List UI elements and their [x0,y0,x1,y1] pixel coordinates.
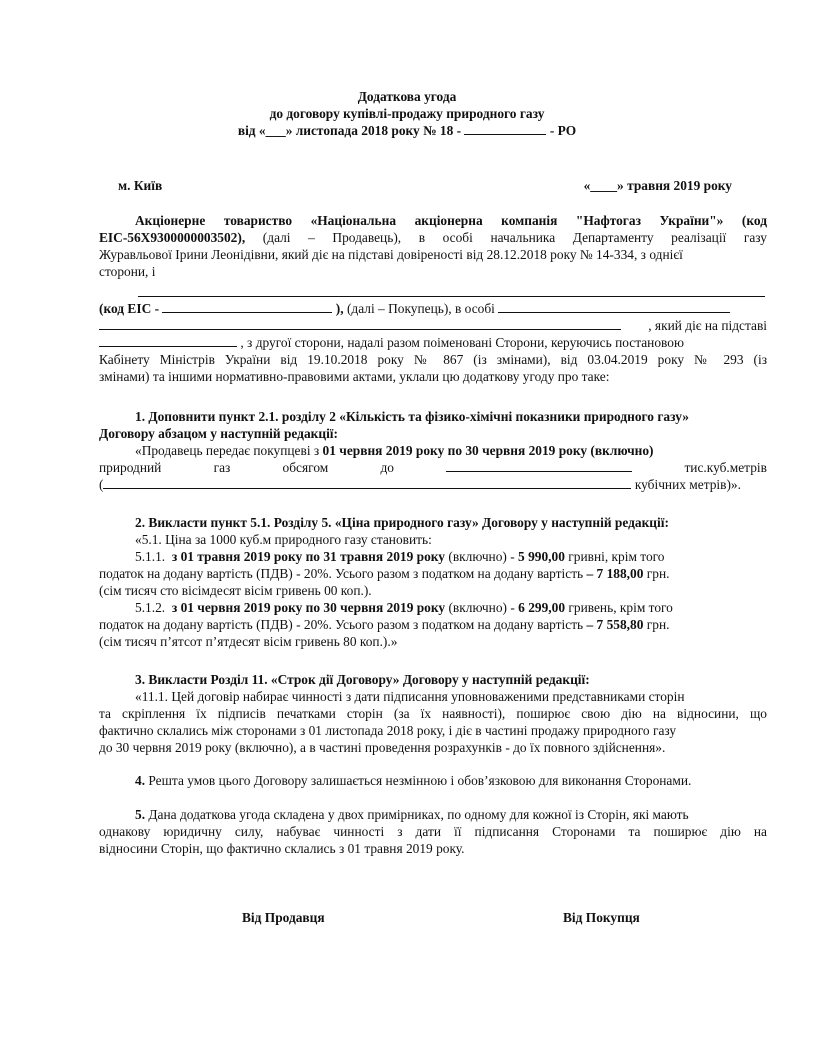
section-5-line-1: 5. Дана додаткова угода складена у двох … [135,806,689,823]
document-title: Додаткова угода [0,88,814,105]
price-item-1: 5.1.1. з 01 травня 2019 року по 31 травн… [135,548,767,565]
document-page: Додаткова угода до договору купівлі-прод… [0,0,814,1060]
seller-line-3: Журавльової Ірини Леонідівни, який діє н… [99,246,683,263]
section-1-para-2: природний газ обсягом до тис.куб.метрів [99,459,767,476]
section-3-line-3: фактично склались між сторонами з 01 лис… [99,722,676,739]
buyer-line-3: , з другої сторони, надалі разом поімено… [99,334,767,351]
buyer-authority-blank [99,334,237,347]
buyer-name-blank [138,296,765,297]
buyer-line-5: змінами) та іншими нормативно-правовими … [99,368,609,385]
reference-number-blank [464,122,546,135]
contract-reference: від «___» листопада 2018 року № 18 - - Р… [0,122,814,139]
section-5-line-3: відносини Сторін, що фактично склались з… [99,840,465,857]
buyer-line-1: (код ЕІС - ), (далі – Покупець), в особі [99,300,767,317]
seller-signature-label: Від Продавця [242,909,325,926]
section-4: 4. Решта умов цього Договору залишається… [135,772,691,789]
section-1-heading: 1. Доповнити пункт 2.1. розділу 2 «Кільк… [135,408,689,425]
section-3-line-1: «11.1. Цей договір набирає чинності з да… [135,688,684,705]
reference-prefix: від «___» листопада 2018 року № 18 - [238,123,461,138]
buyer-representative-blank [498,300,730,313]
section-3-line-4: до 30 червня 2019 року (включно), а в ча… [99,739,665,756]
section-1-para-3: ( кубічних метрів)». [99,476,767,493]
price-item-2-words: (сім тисяч п’ятсот п’ятдесят вісім гриве… [99,633,397,650]
buyer-eic-blank [162,300,332,313]
section-2-heading: 2. Викласти пункт 5.1. Розділу 5. «Ціна … [135,514,669,531]
seller-line-2: EIC-56X9300000003502), (далі – Продавець… [99,229,767,246]
document-subtitle: до договору купівлі-продажу природного г… [0,105,814,122]
buyer-signature-label: Від Покупця [563,909,640,926]
gas-volume-blank [446,459,632,472]
seller-line-4: сторони, і [99,263,155,280]
seller-line-1: Акціонерне товариство «Національна акціо… [99,212,767,229]
section-3-heading: 3. Викласти Розділ 11. «Строк дії Догово… [135,671,590,688]
agreement-date: «____» травня 2019 року [584,177,732,194]
reference-suffix: - РО [550,123,576,138]
buyer-line-4: Кабінету Міністрів України від 19.10.201… [99,351,767,368]
buyer-line-2: , який діє на підставі [99,317,767,334]
price-item-1-words: (сім тисяч сто вісімдесят вісім гривень … [99,582,372,599]
gas-volume-words-blank [103,476,631,489]
section-2-intro: «5.1. Ціна за 1000 куб.м природного газу… [135,531,432,548]
price-item-2: 5.1.2. з 01 червня 2019 року по 30 червн… [135,599,767,616]
city: м. Київ [118,177,162,194]
price-item-2-vat: податок на додану вартість (ПДВ) - 20%. … [99,616,767,633]
section-1-para-1: «Продавець передає покупцеві з 01 червня… [135,442,767,459]
section-5-line-2: однакову юридичну силу, набуває чинності… [99,823,767,840]
price-item-1-vat: податок на додану вартість (ПДВ) - 20%. … [99,565,767,582]
section-3-line-2: та скріплення їх підписів печатками стор… [99,705,767,722]
buyer-position-blank [99,317,621,330]
section-1-heading-cont: Договору абзацом у наступній редакції: [99,425,338,442]
